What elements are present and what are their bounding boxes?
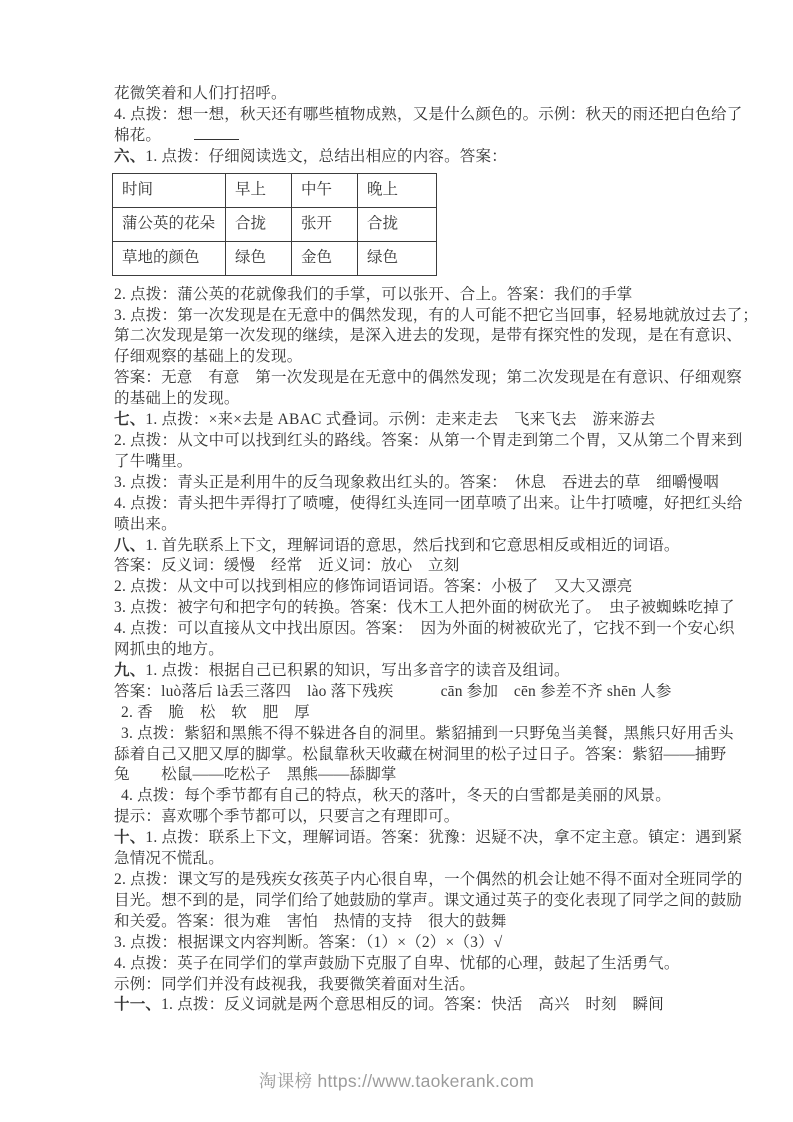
text-line: 3. 点拨：紫貂和黑熊不得不躲进各自的洞里。紫貂捕到一只野兔当美餐，黑熊只好用舌…: [114, 724, 690, 745]
line-text: 第二次发现是第一次发现的继续，是深入进去的发现，是带有探究性的发现，是在有意识、: [114, 327, 742, 344]
document-body: 花微笑着和人们打招呼。4. 点拨：想一想，秋天还有哪些植物成熟，又是什么颜色的。…: [114, 84, 690, 1016]
line-text: 4. 点拨：英子在同学们的掌声鼓励下克服了自卑、忧郁的心理，鼓起了生活勇气。: [114, 955, 680, 972]
text-line: 兔 松鼠——吃松子 黑熊——舔脚掌: [114, 765, 690, 786]
line-text: 2. 香 脆 松 软 肥 厚: [121, 704, 310, 721]
blank-underline: [194, 126, 239, 140]
table-cell: 早上: [226, 173, 292, 207]
line-text: 2. 点拨：从文中可以找到红头的路线。答案：从第一个胃走到第二个胃，又从第二个胃…: [114, 432, 742, 449]
section-number: 九、: [114, 662, 145, 679]
line-text: 3. 点拨：第一次发现是在无意中的偶然发现，有的人可能不把它当回事，轻易地就放过…: [114, 307, 758, 324]
text-line: 七、1. 点拨：×来×去是 ABAC 式叠词。示例：走来走去 飞来飞去 游来游去: [114, 410, 690, 431]
text-line: 九、1. 点拨：根据自己已积累的知识，写出多音字的读音及组词。: [114, 661, 690, 682]
section-number: 六、: [114, 148, 145, 165]
text-line: 答案：luò落后 là丢三落四 lào 落下残疾 cān 参加 cēn 参差不齐…: [114, 682, 690, 703]
line-text: 1. 点拨：联系上下文，理解词语。答案：犹豫：迟疑不决，拿不定主意。镇定：遇到紧: [145, 829, 742, 846]
text-line: 喷出来。: [114, 515, 690, 536]
text-line: 4. 点拨：每个季节都有自己的特点，秋天的落叶，冬天的白雪都是美丽的风景。: [114, 786, 690, 807]
text-line: 4. 点拨：可以直接从文中找出原因。答案： 因为外面的树被砍光了，它找不到一个安…: [114, 619, 690, 640]
document-page: 花微笑着和人们打招呼。4. 点拨：想一想，秋天还有哪些植物成熟，又是什么颜色的。…: [0, 0, 793, 1122]
line-text: 答案：luò落后 là丢三落四 lào 落下残疾 cān 参加 cēn 参差不齐…: [114, 683, 672, 700]
table-cell: 晚上: [358, 173, 437, 207]
text-line: 4. 点拨：英子在同学们的掌声鼓励下克服了自卑、忧郁的心理，鼓起了生活勇气。: [114, 954, 690, 975]
table-cell: 合拢: [358, 207, 437, 241]
line-text: 答案：反义词：缓慢 经常 近义词：放心 立刻: [114, 557, 459, 574]
line-text: 1. 点拨：根据自己已积累的知识，写出多音字的读音及组词。: [145, 662, 569, 679]
text-line: 六、1. 点拨：仔细阅读选文，总结出相应的内容。答案：: [114, 147, 690, 168]
summary-table: 时间早上中午晚上蒲公英的花朵合拢张开合拢草地的颜色绿色金色绿色: [112, 173, 437, 276]
line-text: 急情况不慌乱。: [114, 850, 224, 867]
line-text: 1. 点拨：×来×去是 ABAC 式叠词。示例：走来走去 飞来飞去 游来游去: [145, 411, 655, 428]
line-text: 喷出来。: [114, 516, 177, 533]
line-text: 2. 点拨：从文中可以找到相应的修饰词语词语。答案：小极了 又大又漂亮: [114, 578, 633, 595]
text-line: 2. 点拨：课文写的是残疾女孩英子内心很自卑，一个偶然的机会让她不得不面对全班同…: [114, 870, 690, 891]
table-cell: 绿色: [226, 241, 292, 275]
text-line: 4. 点拨：青头把牛弄得打了喷嚏，使得红头连同一团草喷了出来。让牛打喷嚏，好把红…: [114, 494, 690, 515]
text-line: 急情况不慌乱。: [114, 849, 690, 870]
line-text: 示例：同学们并没有歧视我，我要微笑着面对生活。: [114, 976, 475, 993]
line-text: 了牛嘴里。: [114, 453, 193, 470]
text-line: 答案：反义词：缓慢 经常 近义词：放心 立刻: [114, 556, 690, 577]
text-line: 棉花。: [114, 126, 690, 147]
line-text: 提示：喜欢哪个季节都可以，只要言之有理即可。: [114, 808, 459, 825]
line-text: 的基础上的发现。: [114, 390, 240, 407]
line-text: 4. 点拨：每个季节都有自己的特点，秋天的落叶，冬天的白雪都是美丽的风景。: [121, 787, 671, 804]
line-text: 目光。想不到的是，同学们给了她鼓励的掌声。课文通过英子的变化表现了同学之间的鼓励: [114, 892, 742, 909]
footer-site-url: 淘课榜 https://www.taokerank.com: [259, 1071, 534, 1091]
text-line: 4. 点拨：想一想，秋天还有哪些植物成熟，又是什么颜色的。示例：秋天的雨还把白色…: [114, 105, 690, 126]
text-line: 网抓虫的地方。: [114, 640, 690, 661]
text-line: 了牛嘴里。: [114, 452, 690, 473]
table-row: 蒲公英的花朵合拢张开合拢: [113, 207, 437, 241]
text-line: 舔着自己又肥又厚的脚掌。松鼠靠秋天收藏在树洞里的松子过日子。答案：紫貂——捕野: [114, 745, 690, 766]
text-line: 十、1. 点拨：联系上下文，理解词语。答案：犹豫：迟疑不决，拿不定主意。镇定：遇…: [114, 828, 690, 849]
section-number: 八、: [114, 537, 145, 554]
table-row: 草地的颜色绿色金色绿色: [113, 241, 437, 275]
line-text: 网抓虫的地方。: [114, 641, 224, 658]
table-cell: 绿色: [358, 241, 437, 275]
line-text: 花微笑着和人们打招呼。: [114, 85, 287, 102]
text-line: 2. 点拨：蒲公英的花就像我们的手掌，可以张开、合上。答案：我们的手掌: [114, 285, 690, 306]
line-text: 4. 点拨：可以直接从文中找出原因。答案： 因为外面的树被砍光了，它找不到一个安…: [114, 620, 735, 637]
table-cell: 合拢: [226, 207, 292, 241]
line-text: 3. 点拨：根据课文内容判断。答案：（1）×（2）×（3）√: [114, 934, 503, 951]
line-text: 1. 首先联系上下文，理解词语的意思，然后找到和它意思相反或相近的词语。: [145, 537, 679, 554]
footer-watermark: 淘课榜 https://www.taokerank.com: [0, 1068, 793, 1093]
section-number: 十、: [114, 829, 145, 846]
text-line: 的基础上的发现。: [114, 389, 690, 410]
text-line: 花微笑着和人们打招呼。: [114, 84, 690, 105]
line-text: 4. 点拨：想一想，秋天还有哪些植物成熟，又是什么颜色的。示例：秋天的雨还把白色…: [114, 106, 742, 123]
line-text: 1. 点拨：仔细阅读选文，总结出相应的内容。答案：: [145, 148, 507, 165]
line-text: 棉花。: [114, 127, 161, 144]
table-cell: 中午: [292, 173, 358, 207]
line-text: 兔 松鼠——吃松子 黑熊——舔脚掌: [114, 766, 397, 783]
text-line: 答案：无意 有意 第一次发现是在无意中的偶然发现；第二次发现是在有意识、仔细观察: [114, 368, 690, 389]
text-line: 十一、1. 点拨：反义词就是两个意思相反的词。答案：快活 高兴 时刻 瞬间: [114, 995, 690, 1016]
line-text: 舔着自己又肥又厚的脚掌。松鼠靠秋天收藏在树洞里的松子过日子。答案：紫貂——捕野: [114, 746, 726, 763]
line-text: 3. 点拨：青头正是利用牛的反刍现象救出红头的。答案： 休息 吞进去的草 细嚼慢…: [114, 474, 719, 491]
text-line: 3. 点拨：根据课文内容判断。答案：（1）×（2）×（3）√: [114, 933, 690, 954]
table-cell: 金色: [292, 241, 358, 275]
line-text: 答案：无意 有意 第一次发现是在无意中的偶然发现；第二次发现是在有意识、仔细观察: [114, 369, 742, 386]
table-cell: 蒲公英的花朵: [113, 207, 226, 241]
text-line: 3. 点拨：青头正是利用牛的反刍现象救出红头的。答案： 休息 吞进去的草 细嚼慢…: [114, 473, 690, 494]
text-line: 八、1. 首先联系上下文，理解词语的意思，然后找到和它意思相反或相近的词语。: [114, 536, 690, 557]
text-line: 2. 点拨：从文中可以找到相应的修饰词语词语。答案：小极了 又大又漂亮: [114, 577, 690, 598]
table-cell: 张开: [292, 207, 358, 241]
text-line: 仔细观察的基础上的发现。: [114, 347, 690, 368]
text-line: 3. 点拨：被字句和把字句的转换。答案：伐木工人把外面的树砍光了。 虫子被蜘蛛吃…: [114, 598, 690, 619]
text-line: 提示：喜欢哪个季节都可以，只要言之有理即可。: [114, 807, 690, 828]
section-number: 十一、: [114, 996, 161, 1013]
line-text: 2. 点拨：课文写的是残疾女孩英子内心很自卑，一个偶然的机会让她不得不面对全班同…: [114, 871, 742, 888]
text-line: 2. 点拨：从文中可以找到红头的路线。答案：从第一个胃走到第二个胃，又从第二个胃…: [114, 431, 690, 452]
line-text: 仔细观察的基础上的发现。: [114, 348, 302, 365]
section-number: 七、: [114, 411, 145, 428]
line-text: 1. 点拨：反义词就是两个意思相反的词。答案：快活 高兴 时刻 瞬间: [161, 996, 664, 1013]
text-line: 和关爱。答案：很为难 害怕 热情的支持 很大的鼓舞: [114, 912, 690, 933]
text-line: 目光。想不到的是，同学们给了她鼓励的掌声。课文通过英子的变化表现了同学之间的鼓励: [114, 891, 690, 912]
line-text: 3. 点拨：紫貂和黑熊不得不躲进各自的洞里。紫貂捕到一只野兔当美餐，黑熊只好用舌…: [121, 725, 734, 742]
table-row: 时间早上中午晚上: [113, 173, 437, 207]
line-text: 和关爱。答案：很为难 害怕 热情的支持 很大的鼓舞: [114, 913, 507, 930]
text-line: 3. 点拨：第一次发现是在无意中的偶然发现，有的人可能不把它当回事，轻易地就放过…: [114, 306, 690, 327]
table-cell: 草地的颜色: [113, 241, 226, 275]
text-line: 示例：同学们并没有歧视我，我要微笑着面对生活。: [114, 975, 690, 996]
line-text: 3. 点拨：被字句和把字句的转换。答案：伐木工人把外面的树砍光了。 虫子被蜘蛛吃…: [114, 599, 735, 616]
table-cell: 时间: [113, 173, 226, 207]
line-text: 4. 点拨：青头把牛弄得打了喷嚏，使得红头连同一团草喷了出来。让牛打喷嚏，好把红…: [114, 495, 742, 512]
line-text: 2. 点拨：蒲公英的花就像我们的手掌，可以张开、合上。答案：我们的手掌: [114, 286, 633, 303]
text-line: 2. 香 脆 松 软 肥 厚: [114, 703, 690, 724]
text-line: 第二次发现是第一次发现的继续，是深入进去的发现，是带有探究性的发现，是在有意识、: [114, 326, 690, 347]
